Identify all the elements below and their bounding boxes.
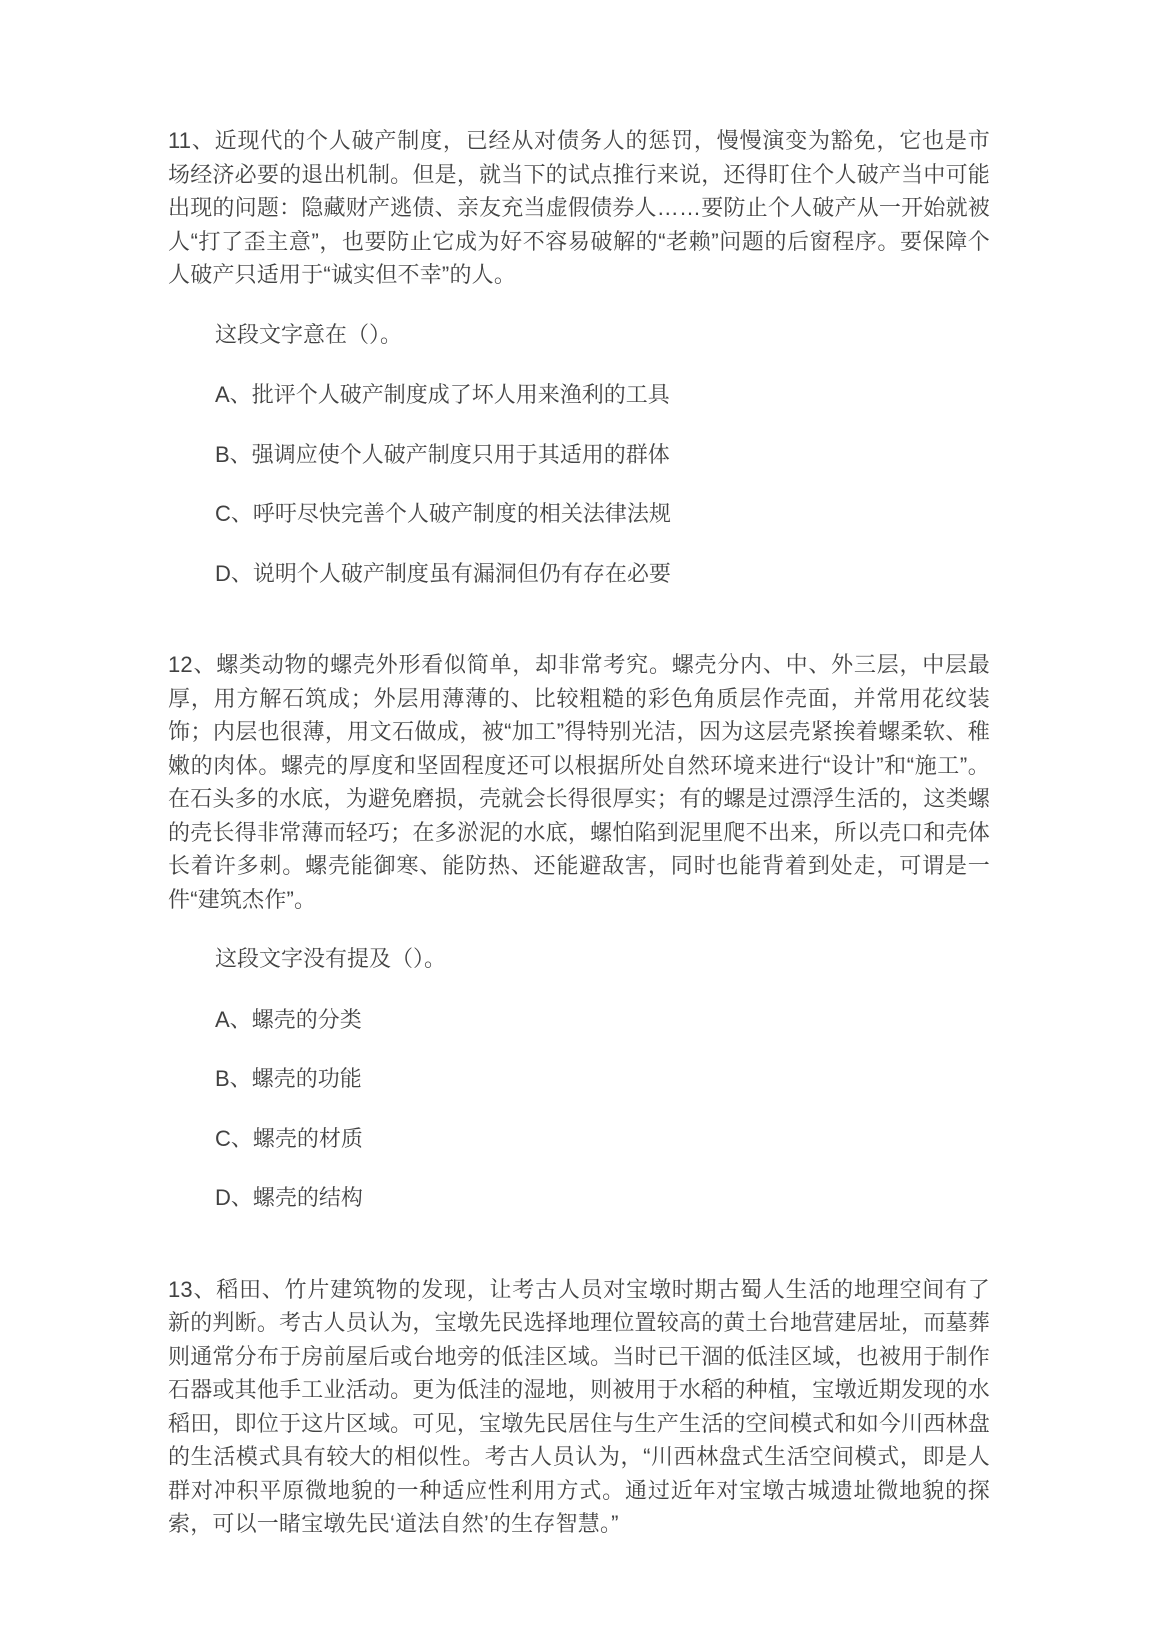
question-12-passage: 12、螺类动物的螺壳外形看似简单，却非常考究。螺壳分内、中、外三层，中层最厚，用… xyxy=(168,648,990,916)
option-text: 呼吁尽快完善个人破产制度的相关法律法规 xyxy=(253,501,671,526)
option-text: 螺壳的结构 xyxy=(253,1185,363,1210)
question-11-passage: 11、近现代的个人破产制度，已经从对债务人的惩罚，慢慢演变为豁免，它也是市场经济… xyxy=(168,124,990,292)
option-text: 批评个人破产制度成了坏人用来渔利的工具 xyxy=(252,382,670,407)
document-page: 11、近现代的个人破产制度，已经从对债务人的惩罚，慢慢演变为豁免，它也是市场经济… xyxy=(168,124,990,1541)
question-12: 12、螺类动物的螺壳外形看似简单，却非常考究。螺壳分内、中、外三层，中层最厚，用… xyxy=(168,648,990,1215)
option-label: D、 xyxy=(215,1185,253,1210)
option-label: B、 xyxy=(215,442,252,467)
question-11-option-d: D、说明个人破产制度虽有漏洞但仍有存在必要 xyxy=(168,557,990,591)
option-text: 说明个人破产制度虽有漏洞但仍有存在必要 xyxy=(253,561,671,586)
option-text: 螺壳的分类 xyxy=(252,1007,362,1032)
question-12-option-a: A、螺壳的分类 xyxy=(168,1003,990,1037)
question-13-passage: 13、稻田、竹片建筑物的发现，让考古人员对宝墩时期古蜀人生活的地理空间有了新的判… xyxy=(168,1273,990,1541)
question-12-option-b: B、螺壳的功能 xyxy=(168,1062,990,1096)
option-label: C、 xyxy=(215,501,253,526)
option-label: C、 xyxy=(215,1126,253,1151)
option-label: A、 xyxy=(215,382,252,407)
option-label: A、 xyxy=(215,1007,252,1032)
question-11: 11、近现代的个人破产制度，已经从对债务人的惩罚，慢慢演变为豁免，它也是市场经济… xyxy=(168,124,990,590)
question-11-stem: 这段文字意在（）。 xyxy=(168,318,990,352)
option-label: B、 xyxy=(215,1066,252,1091)
option-text: 强调应使个人破产制度只用于其适用的群体 xyxy=(252,442,670,467)
question-11-option-b: B、强调应使个人破产制度只用于其适用的群体 xyxy=(168,438,990,472)
option-label: D、 xyxy=(215,561,253,586)
question-11-option-c: C、呼吁尽快完善个人破产制度的相关法律法规 xyxy=(168,497,990,531)
option-text: 螺壳的功能 xyxy=(252,1066,362,1091)
question-13: 13、稻田、竹片建筑物的发现，让考古人员对宝墩时期古蜀人生活的地理空间有了新的判… xyxy=(168,1273,990,1541)
question-12-stem: 这段文字没有提及（）。 xyxy=(168,942,990,976)
option-text: 螺壳的材质 xyxy=(253,1126,363,1151)
question-12-option-d: D、螺壳的结构 xyxy=(168,1181,990,1215)
question-11-option-a: A、批评个人破产制度成了坏人用来渔利的工具 xyxy=(168,378,990,412)
question-12-option-c: C、螺壳的材质 xyxy=(168,1122,990,1156)
